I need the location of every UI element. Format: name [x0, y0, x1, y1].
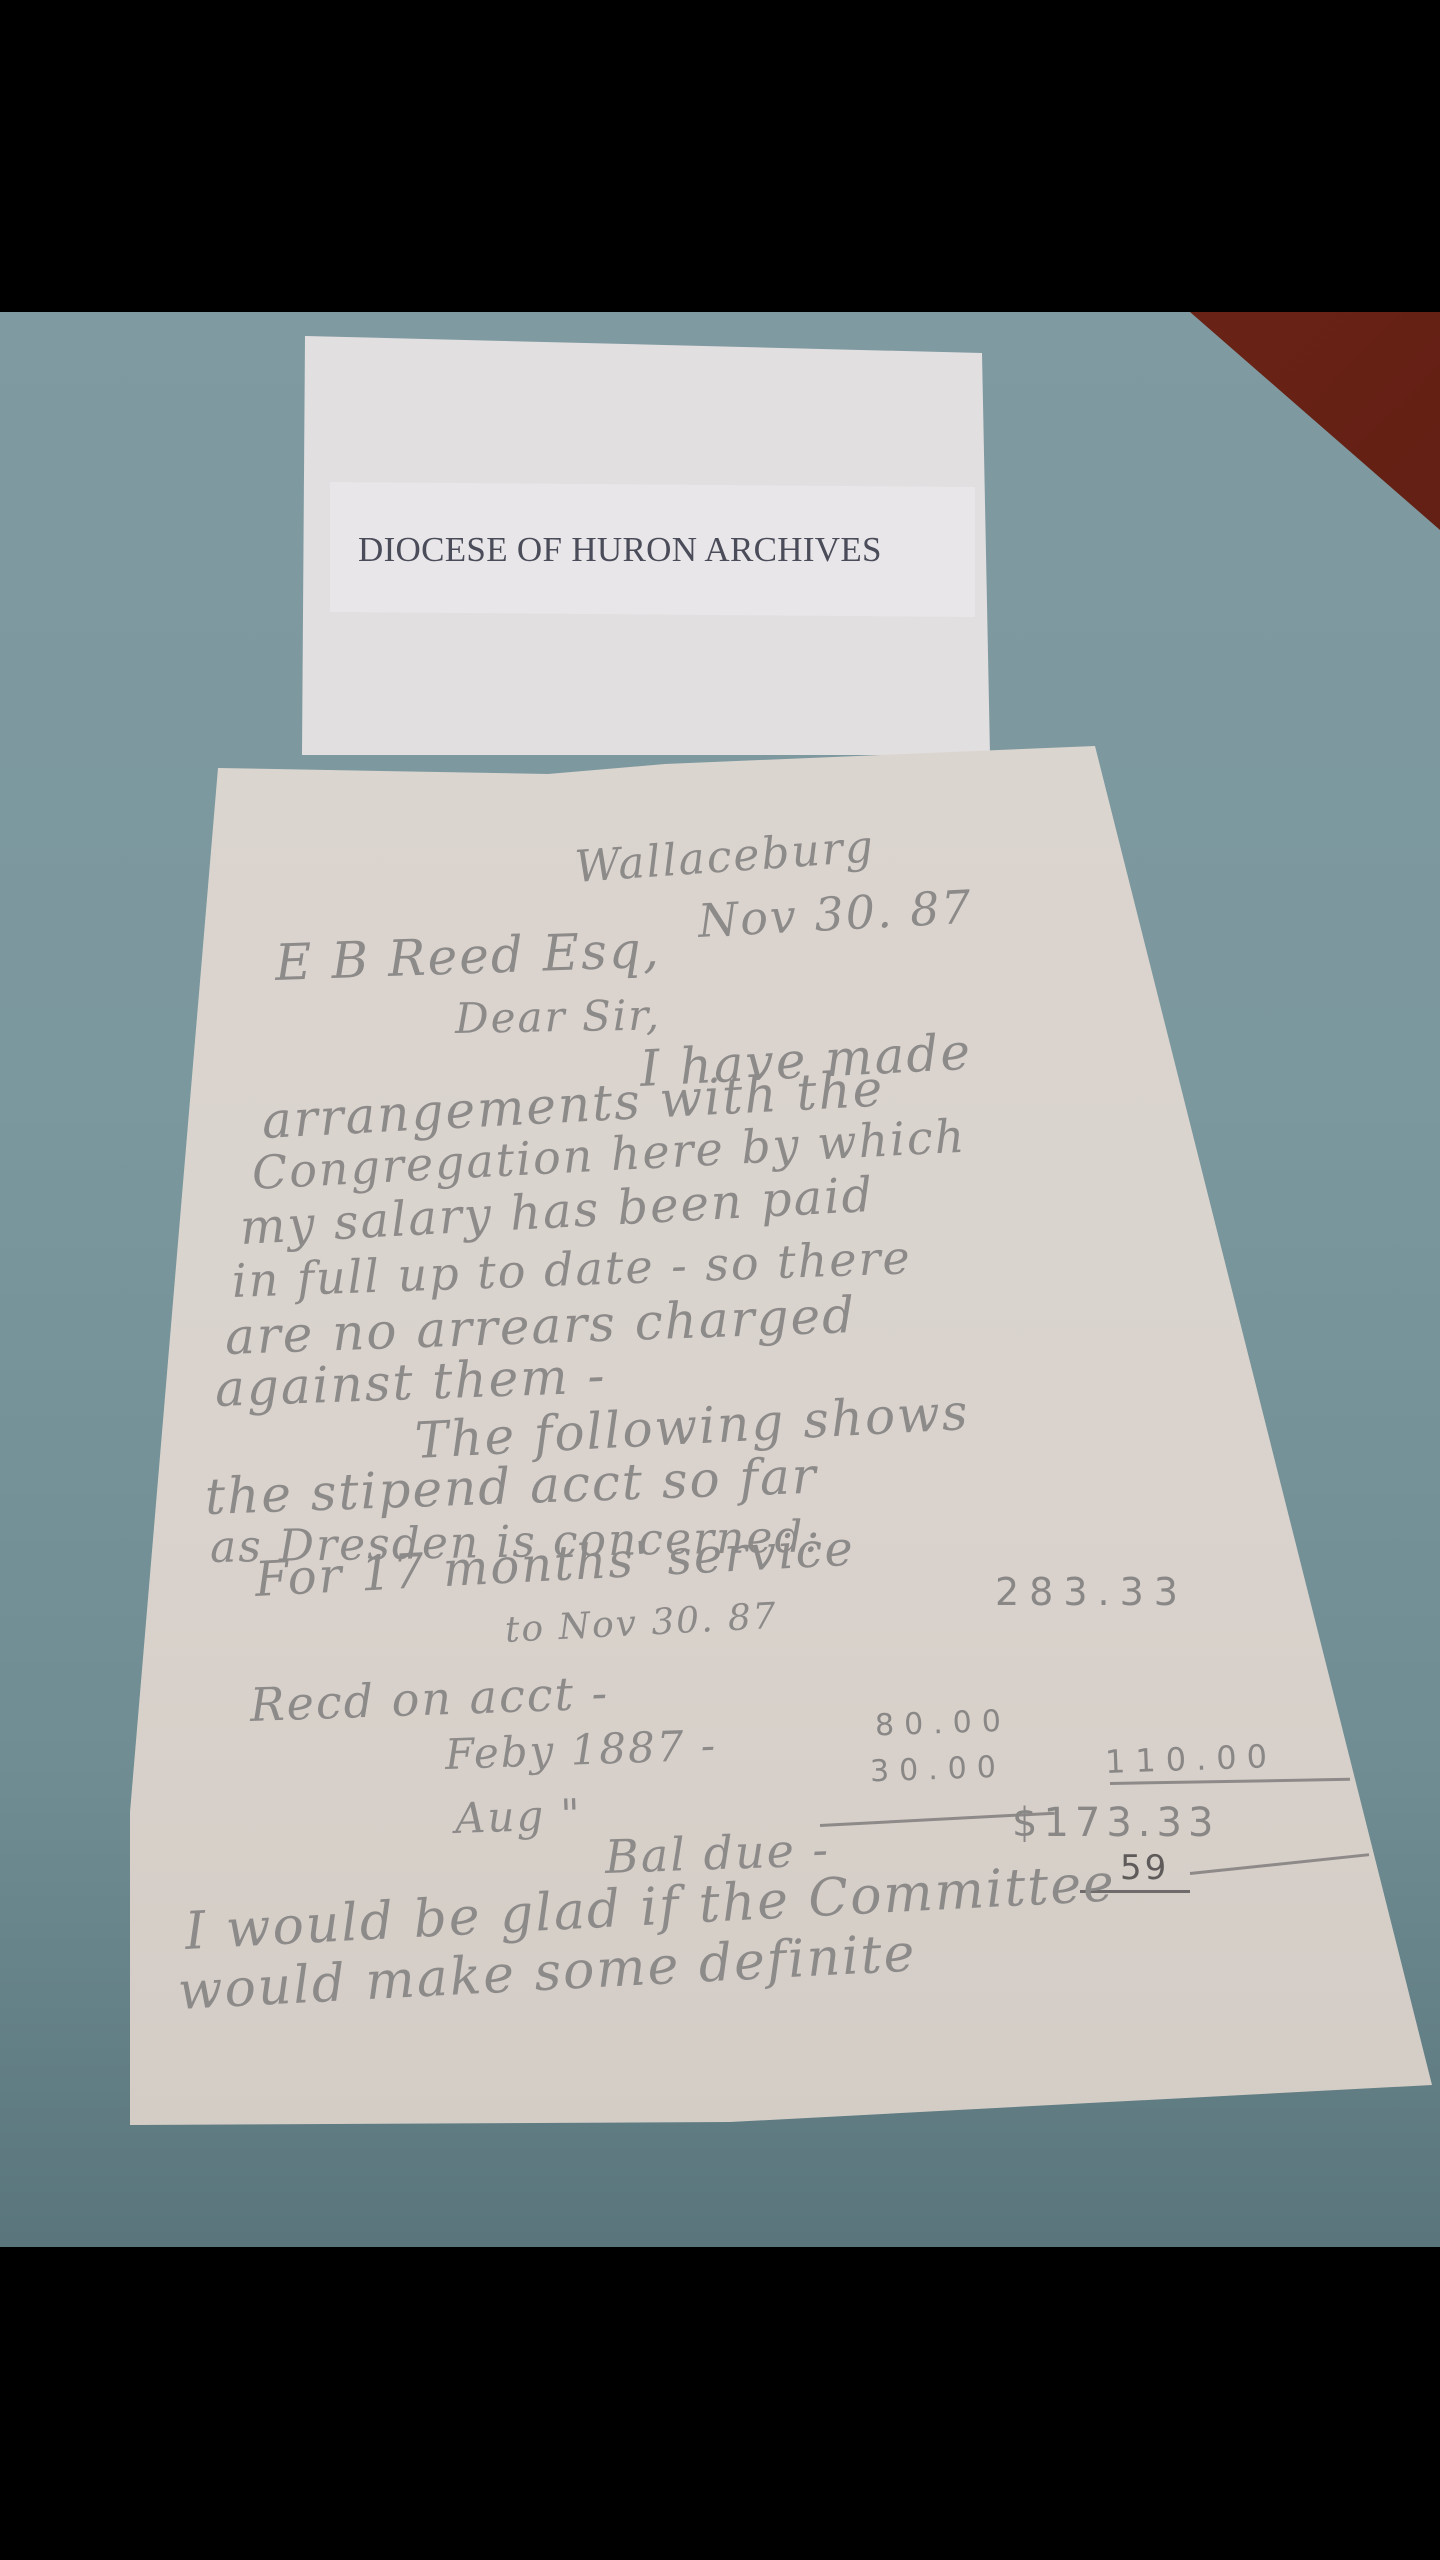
ledger-feb-amount: 80.00: [874, 1704, 1011, 1744]
ledger-balance-correction: 59: [1120, 1848, 1169, 1888]
ledger-aug-amount: 30.00: [869, 1750, 1006, 1790]
ledger-feb-label: Feby 1887 -: [444, 1721, 718, 1779]
archive-label-title: DIOCESE OF HURON ARCHIVES: [358, 530, 882, 570]
letter-salutation: Dear Sir,: [455, 990, 662, 1043]
ledger-aug-label: Aug ": [454, 1790, 583, 1843]
ledger-balance-amount: $173.33: [1012, 1800, 1219, 1846]
ledger-service-amount: 283.33: [995, 1570, 1188, 1614]
ledger-received-total: 110.00: [1104, 1737, 1277, 1781]
photo-surface: DIOCESE OF HURON ARCHIVES Wallaceburg No…: [0, 312, 1440, 2247]
